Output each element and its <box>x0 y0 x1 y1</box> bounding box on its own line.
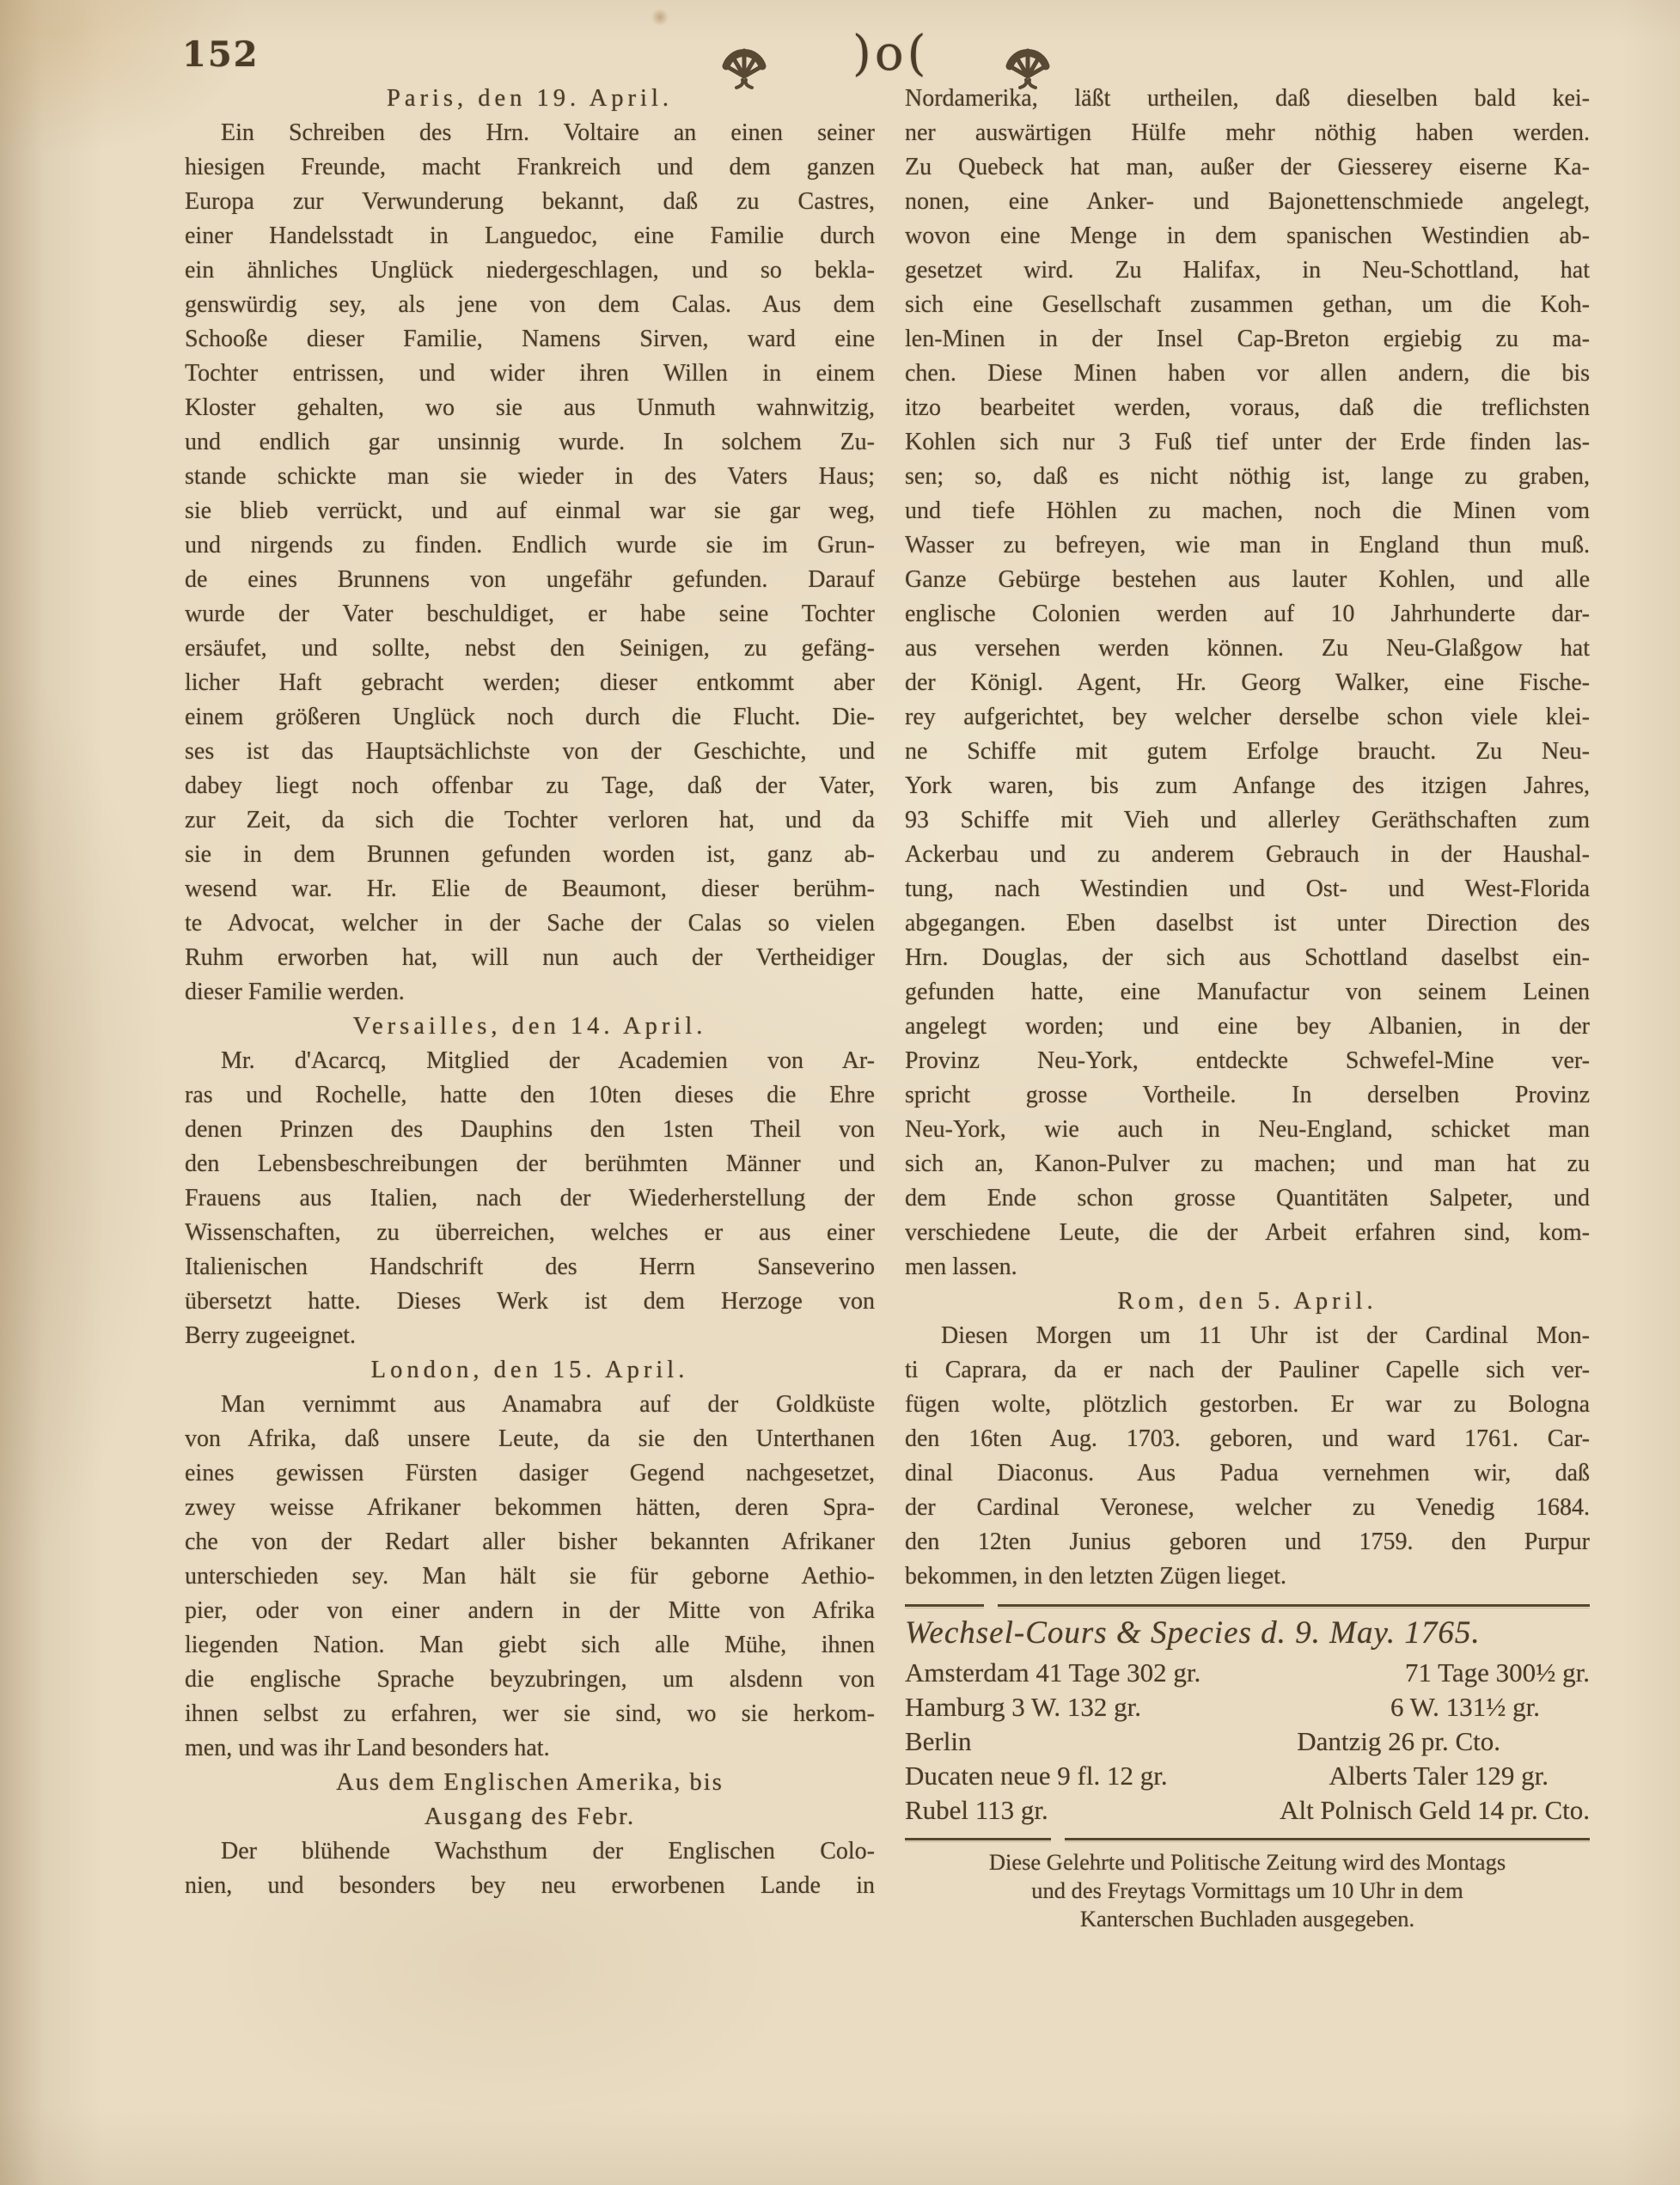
text-line: tung, nach Westindien und Ost- und West-… <box>905 872 1590 906</box>
text-line: dem Ende schon grosse Quantitäten Salpet… <box>905 1181 1590 1216</box>
text-line: Mr. d'Acarcq, Mitglied der Academien von… <box>185 1044 875 1078</box>
text-line: Neu-York, wie auch in Neu-England, schic… <box>905 1113 1590 1147</box>
text-divider-mark: )o( <box>852 26 929 82</box>
text-line: Kloster gehalten, wo sie aus Unmuth wahn… <box>185 391 875 425</box>
text-line: abgegangen. Eben daselbst ist unter Dire… <box>905 906 1590 941</box>
text-line: Provinz Neu-York, entdeckte Schwefel-Min… <box>905 1044 1590 1078</box>
text-line: Tochter entrissen, und wider ihren Wille… <box>185 357 875 391</box>
exchange-rates-section: Wechsel-Cours & Species d. 9. May. 1765.… <box>905 1609 1590 1828</box>
text-line: wovon eine Menge in dem spanischen Westi… <box>905 219 1590 253</box>
text-line: Frauens aus Italien, nach der Wiederhers… <box>185 1181 875 1216</box>
article-london: London, den 15. April. Man vernimmt aus … <box>185 1353 875 1766</box>
text-line: Wasser zu befreyen, wie man in England t… <box>905 528 1590 563</box>
imprint-notice: Diese Gelehrte und Politische Zeitung wi… <box>905 1848 1590 1933</box>
article-heading: Ausgang des Febr. <box>185 1800 875 1834</box>
text-line: Ruhm erworben hat, will nun auch der Ver… <box>185 941 875 975</box>
exchange-rate-row: Ducaten neue 9 fl. 12 gr. Alberts Taler … <box>905 1759 1590 1793</box>
exchange-rates-heading: Wechsel-Cours & Species d. 9. May. 1765. <box>905 1609 1590 1656</box>
text-line: dinal Diaconus. Aus Padua vernehmen wir,… <box>905 1456 1590 1491</box>
text-line: Ein Schreiben des Hrn. Voltaire an einen… <box>185 116 875 150</box>
text-line: einer Handelsstadt in Languedoc, eine Fa… <box>185 219 875 253</box>
exchange-rate-row: Rubel 113 gr. Alt Polnisch Geld 14 pr. C… <box>905 1793 1590 1828</box>
text-line: Schooße dieser Familie, Namens Sirven, w… <box>185 322 875 357</box>
text-line: und tiefe Höhlen zu machen, noch die Min… <box>905 494 1590 528</box>
text-line: Kohlen sich nur 3 Fuß tief unter der Erd… <box>905 425 1590 460</box>
text-line: pier, oder von einer andern in der Mitte… <box>185 1594 875 1628</box>
article-body: Diesen Morgen um 11 Uhr ist der Cardinal… <box>905 1319 1590 1594</box>
text-line: ras und Rochelle, hatte den 10ten dieses… <box>185 1078 875 1113</box>
exchange-rate-row: Amsterdam 41 Tage 302 gr. 71 Tage 300½ g… <box>905 1656 1590 1690</box>
text-line: licher Haft gebracht werden; dieser entk… <box>185 666 875 700</box>
left-column: Paris, den 19. April. Ein Schreiben des … <box>185 82 875 1903</box>
exchange-rate-right: Alt Polnisch Geld 14 pr. Cto. <box>1280 1793 1590 1828</box>
exchange-rate-left: Amsterdam 41 Tage 302 gr. <box>905 1656 1200 1690</box>
rule-segment <box>905 1838 1051 1841</box>
text-line: men lassen. <box>905 1250 1590 1285</box>
text-line: Der blühende Wachsthum der Englischen Co… <box>185 1834 875 1869</box>
text-line: bekommen, in den letzten Zügen lieget. <box>905 1559 1590 1594</box>
text-line: wurde der Vater beschuldiget, er habe se… <box>185 597 875 632</box>
text-line: und endlich gar unsinnig wurde. In solch… <box>185 425 875 460</box>
text-line: te Advocat, welcher in der Sache der Cal… <box>185 906 875 941</box>
text-line: genswürdig sey, als jene von dem Calas. … <box>185 288 875 322</box>
newspaper-page: 152 )o( <box>0 0 1680 2185</box>
text-line: itzo bearbeitet werden, voraus, daß die … <box>905 391 1590 425</box>
exchange-rate-left: Rubel 113 gr. <box>905 1793 1048 1828</box>
text-line: hiesigen Freunde, macht Frankreich und d… <box>185 150 875 185</box>
article-versailles: Versailles, den 14. April. Mr. d'Acarcq,… <box>185 1010 875 1353</box>
text-line: sich eine Gesellschaft zusammen gethan, … <box>905 288 1590 322</box>
text-line: Nordamerika, läßt urtheilen, daß dieselb… <box>905 82 1590 116</box>
text-line: denen Prinzen des Dauphins den 1sten The… <box>185 1113 875 1147</box>
horizontal-rule <box>905 1838 1590 1841</box>
exchange-rate-right: 71 Tage 300½ gr. <box>1405 1656 1590 1690</box>
article-english-america: Aus dem Englischen Amerika, bis Ausgang … <box>185 1766 875 1903</box>
text-line: und des Freytags Vormittags um 10 Uhr in… <box>905 1877 1590 1905</box>
exchange-rate-left: Ducaten neue 9 fl. 12 gr. <box>905 1759 1168 1793</box>
article-english-america-continued: Nordamerika, läßt urtheilen, daß dieselb… <box>905 82 1590 1285</box>
right-column: Nordamerika, läßt urtheilen, daß dieselb… <box>905 82 1590 1933</box>
text-line: stande schickte man sie wieder in des Va… <box>185 460 875 494</box>
article-body: Nordamerika, läßt urtheilen, daß dieselb… <box>905 82 1590 1285</box>
text-line: gefunden hatte, eine Manufactur von sein… <box>905 975 1590 1010</box>
article-paris: Paris, den 19. April. Ein Schreiben des … <box>185 82 875 1010</box>
text-line: dieser Familie werden. <box>185 975 875 1010</box>
article-heading: Rom, den 5. April. <box>905 1285 1590 1319</box>
text-line: aus versehen werden können. Zu Neu-Glaßg… <box>905 632 1590 666</box>
exchange-rate-row: Berlin Dantzig 26 pr. Cto. <box>905 1724 1590 1759</box>
text-line: rey aufgerichtet, bey welcher derselbe s… <box>905 700 1590 735</box>
exchange-rate-left: Hamburg 3 W. 132 gr. <box>905 1690 1141 1724</box>
text-line: Ackerbau und zu anderem Gebrauch in der … <box>905 838 1590 872</box>
text-line: sen; so, daß es nicht nöthig ist, lange … <box>905 460 1590 494</box>
text-line: chen. Diese Minen haben vor allen andern… <box>905 357 1590 391</box>
text-line: Ganze Gebürge bestehen aus lauter Kohlen… <box>905 563 1590 597</box>
text-line: Berry zugeeignet. <box>185 1319 875 1353</box>
page-number: 152 <box>182 34 260 75</box>
text-line: nien, und besonders bey neu erworbenen L… <box>185 1869 875 1903</box>
text-line: York waren, bis zum Anfange des itzigen … <box>905 769 1590 803</box>
text-line: ses ist das Hauptsächlichste von der Ges… <box>185 735 875 769</box>
text-line: Diesen Morgen um 11 Uhr ist der Cardinal… <box>905 1319 1590 1353</box>
text-line: sie in dem Brunnen gefunden worden ist, … <box>185 838 875 872</box>
exchange-rate-row: Hamburg 3 W. 132 gr. 6 W. 131½ gr. <box>905 1690 1590 1724</box>
horizontal-rule <box>905 1604 1590 1608</box>
article-heading: Paris, den 19. April. <box>185 82 875 116</box>
text-line: übersetzt hatte. Dieses Werk ist dem Her… <box>185 1285 875 1319</box>
exchange-rate-right: 6 W. 131½ gr. <box>1390 1690 1540 1724</box>
exchange-rate-right: Dantzig 26 pr. Cto. <box>1297 1724 1500 1759</box>
text-line: ein ähnliches Unglück niedergeschlagen, … <box>185 253 875 288</box>
text-line: von Afrika, daß unsere Leute, da sie den… <box>185 1422 875 1456</box>
text-line: nonen, eine Anker- und Bajonettenschmied… <box>905 185 1590 219</box>
text-line: unterschieden sey. Man hält sie für gebo… <box>185 1559 875 1594</box>
text-line: der Königl. Agent, Hr. Georg Walker, ein… <box>905 666 1590 700</box>
article-body: Ein Schreiben des Hrn. Voltaire an einen… <box>185 116 875 1010</box>
article-body: Man vernimmt aus Anamabra auf der Goldkü… <box>185 1388 875 1766</box>
text-line: Europa zur Verwunderung bekannt, daß zu … <box>185 185 875 219</box>
rule-segment <box>998 1604 1590 1608</box>
text-line: Italienischen Handschrift des Herrn Sans… <box>185 1250 875 1285</box>
text-line: ti Caprara, da er nach der Pauliner Cape… <box>905 1353 1590 1388</box>
text-line: len-Minen in der Insel Cap-Breton ergieb… <box>905 322 1590 357</box>
exchange-rate-right: Alberts Taler 129 gr. <box>1329 1759 1549 1793</box>
article-body: Der blühende Wachsthum der Englischen Co… <box>185 1834 875 1903</box>
text-line: den Lebensbeschreibungen der berühmten M… <box>185 1147 875 1181</box>
text-line: men, und was ihr Land besonders hat. <box>185 1731 875 1766</box>
text-line: der Cardinal Veronese, welcher zu Venedi… <box>905 1491 1590 1525</box>
rule-segment <box>1065 1838 1590 1841</box>
text-line: eines gewissen Fürsten dasiger Gegend na… <box>185 1456 875 1491</box>
text-line: ihnen selbst zu erfahren, wer sie sind, … <box>185 1697 875 1731</box>
text-line: angelegt worden; und eine bey Albanien, … <box>905 1010 1590 1044</box>
text-line: che von der Redart aller bisher bekannte… <box>185 1525 875 1559</box>
text-line: fügen wolte, plötzlich gestorben. Er war… <box>905 1388 1590 1422</box>
text-line: ner auswärtigen Hülfe mehr nöthig haben … <box>905 116 1590 150</box>
article-heading: London, den 15. April. <box>185 1353 875 1388</box>
text-line: zur Zeit, da sich die Tochter verloren h… <box>185 803 875 838</box>
text-line: sich an, Kanon-Pulver zu machen; und man… <box>905 1147 1590 1181</box>
text-line: den 12ten Junius geboren und 1759. den P… <box>905 1525 1590 1559</box>
text-line: Diese Gelehrte und Politische Zeitung wi… <box>905 1848 1590 1877</box>
text-line: zwey weisse Afrikaner bekommen hätten, d… <box>185 1491 875 1525</box>
exchange-rate-left: Berlin <box>905 1724 972 1759</box>
text-line: dabey liegt noch offenbar zu Tage, daß d… <box>185 769 875 803</box>
imprint-lines: Diese Gelehrte und Politische Zeitung wi… <box>905 1848 1590 1933</box>
text-line: und nirgends zu finden. Endlich wurde si… <box>185 528 875 563</box>
text-line: spricht grosse Vortheile. In derselben P… <box>905 1078 1590 1113</box>
article-heading: Versailles, den 14. April. <box>185 1010 875 1044</box>
rule-segment <box>905 1604 984 1608</box>
text-line: Wissenschaften, zu überreichen, welches … <box>185 1216 875 1250</box>
text-line: den 16ten Aug. 1703. geboren, und ward 1… <box>905 1422 1590 1456</box>
text-line: Kanterschen Buchladen ausgegeben. <box>905 1905 1590 1933</box>
text-line: Man vernimmt aus Anamabra auf der Goldkü… <box>185 1388 875 1422</box>
text-line: 93 Schiffe mit Vieh und allerley Geräths… <box>905 803 1590 838</box>
article-body: Mr. d'Acarcq, Mitglied der Academien von… <box>185 1044 875 1353</box>
text-line: ne Schiffe mit gutem Erfolge braucht. Zu… <box>905 735 1590 769</box>
text-line: wesend war. Hr. Elie de Beaumont, dieser… <box>185 872 875 906</box>
text-line: liegenden Nation. Man giebt sich alle Mü… <box>185 1628 875 1663</box>
text-line: ersäufet, und sollte, nebst den Seinigen… <box>185 632 875 666</box>
text-line: Hrn. Douglas, der sich aus Schottland da… <box>905 941 1590 975</box>
article-heading: Aus dem Englischen Amerika, bis <box>185 1766 875 1800</box>
text-line: de eines Brunnens von ungefähr gefunden.… <box>185 563 875 597</box>
text-line: Zu Quebeck hat man, außer der Giesserey … <box>905 150 1590 185</box>
article-rom: Rom, den 5. April. Diesen Morgen um 11 U… <box>905 1285 1590 1594</box>
text-line: einem größeren Unglück noch durch die Fl… <box>185 700 875 735</box>
text-line: die englische Sprache beyzubringen, um a… <box>185 1663 875 1697</box>
text-line: sie blieb verrückt, und auf einmal war s… <box>185 494 875 528</box>
text-line: verschiedene Leute, die der Arbeit erfah… <box>905 1216 1590 1250</box>
text-line: gesetzet wird. Zu Halifax, in Neu-Schott… <box>905 253 1590 288</box>
text-line: englische Colonien werden auf 10 Jahrhun… <box>905 597 1590 632</box>
